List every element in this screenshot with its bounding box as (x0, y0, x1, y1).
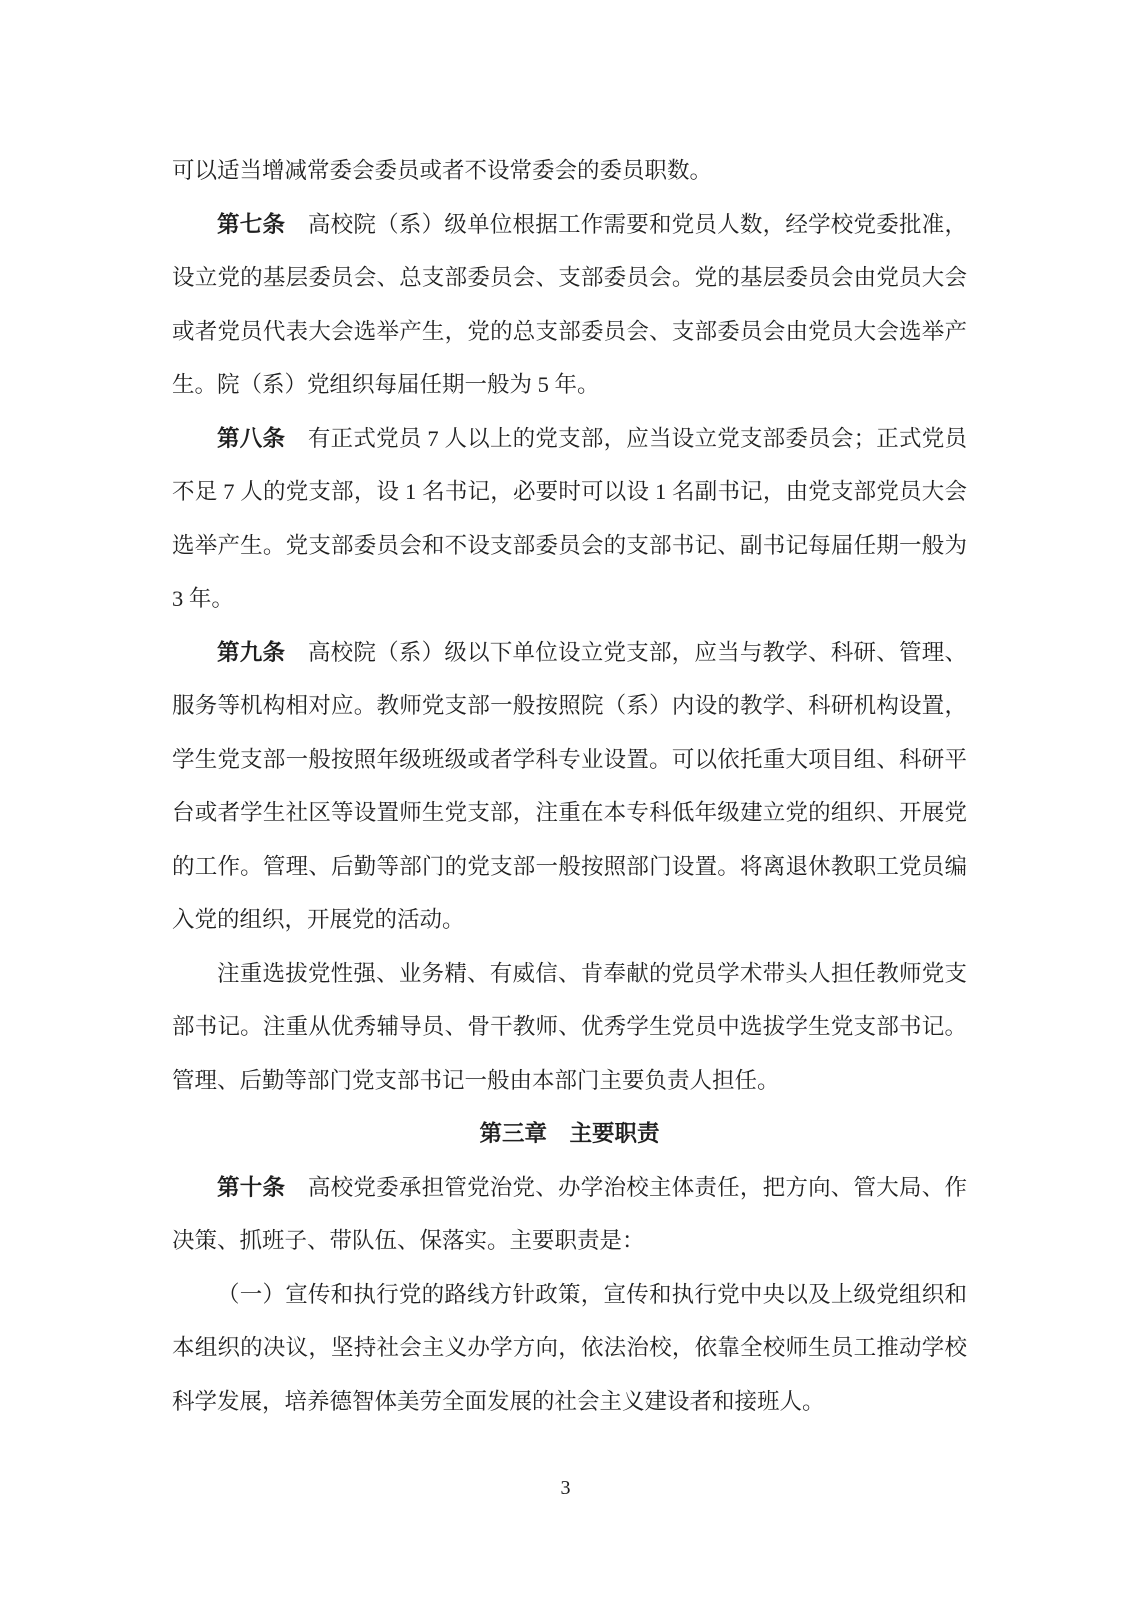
paragraph-text: 可以适当增减常委会委员或者不设常委会的委员职数。 (172, 158, 712, 183)
paragraph-text: 高校党委承担管党治党、办学治校主体责任，把方向、管大局、作决策、抓班子、带队伍、… (172, 1175, 967, 1254)
article-7-label: 第七条 (217, 212, 285, 237)
paragraph-text: 高校院（系）级以下单位设立党支部，应当与教学、科研、管理、服务等机构相对应。教师… (172, 640, 967, 933)
document-body: 可以适当增减常委会委员或者不设常委会的委员职数。 第七条 高校院（系）级单位根据… (172, 144, 967, 1428)
page-number: 3 (0, 1474, 1131, 1502)
paragraph-article-9: 第九条 高校院（系）级以下单位设立党支部，应当与教学、科研、管理、服务等机构相对… (172, 626, 967, 947)
chapter-heading: 第三章 主要职责 (172, 1107, 967, 1161)
paragraph-article-10: 第十条 高校党委承担管党治党、办学治校主体责任，把方向、管大局、作决策、抓班子、… (172, 1161, 967, 1268)
document-page: 可以适当增减常委会委员或者不设常委会的委员职数。 第七条 高校院（系）级单位根据… (0, 0, 1131, 1600)
paragraph-article-7: 第七条 高校院（系）级单位根据工作需要和党员人数，经学校党委批准，设立党的基层委… (172, 198, 967, 412)
paragraph-text: 注重选拔党性强、业务精、有威信、肯奉献的党员学术带头人担任教师党支部书记。注重从… (172, 961, 967, 1093)
paragraph-secretary-selection: 注重选拔党性强、业务精、有威信、肯奉献的党员学术带头人担任教师党支部书记。注重从… (172, 947, 967, 1108)
article-9-label: 第九条 (217, 640, 285, 665)
paragraph-text: 有正式党员 7 人以上的党支部，应当设立党支部委员会；正式党员不足 7 人的党支… (172, 426, 967, 612)
paragraph-text: （一）宣传和执行党的路线方针政策，宣传和执行党中央以及上级党组织和本组织的决议，… (172, 1282, 967, 1414)
paragraph-continuation: 可以适当增减常委会委员或者不设常委会的委员职数。 (172, 144, 967, 198)
paragraph-duty-item-1: （一）宣传和执行党的路线方针政策，宣传和执行党中央以及上级党组织和本组织的决议，… (172, 1268, 967, 1429)
article-8-label: 第八条 (217, 426, 285, 451)
article-10-label: 第十条 (217, 1175, 285, 1200)
paragraph-article-8: 第八条 有正式党员 7 人以上的党支部，应当设立党支部委员会；正式党员不足 7 … (172, 412, 967, 626)
paragraph-text: 高校院（系）级单位根据工作需要和党员人数，经学校党委批准，设立党的基层委员会、总… (172, 212, 967, 398)
